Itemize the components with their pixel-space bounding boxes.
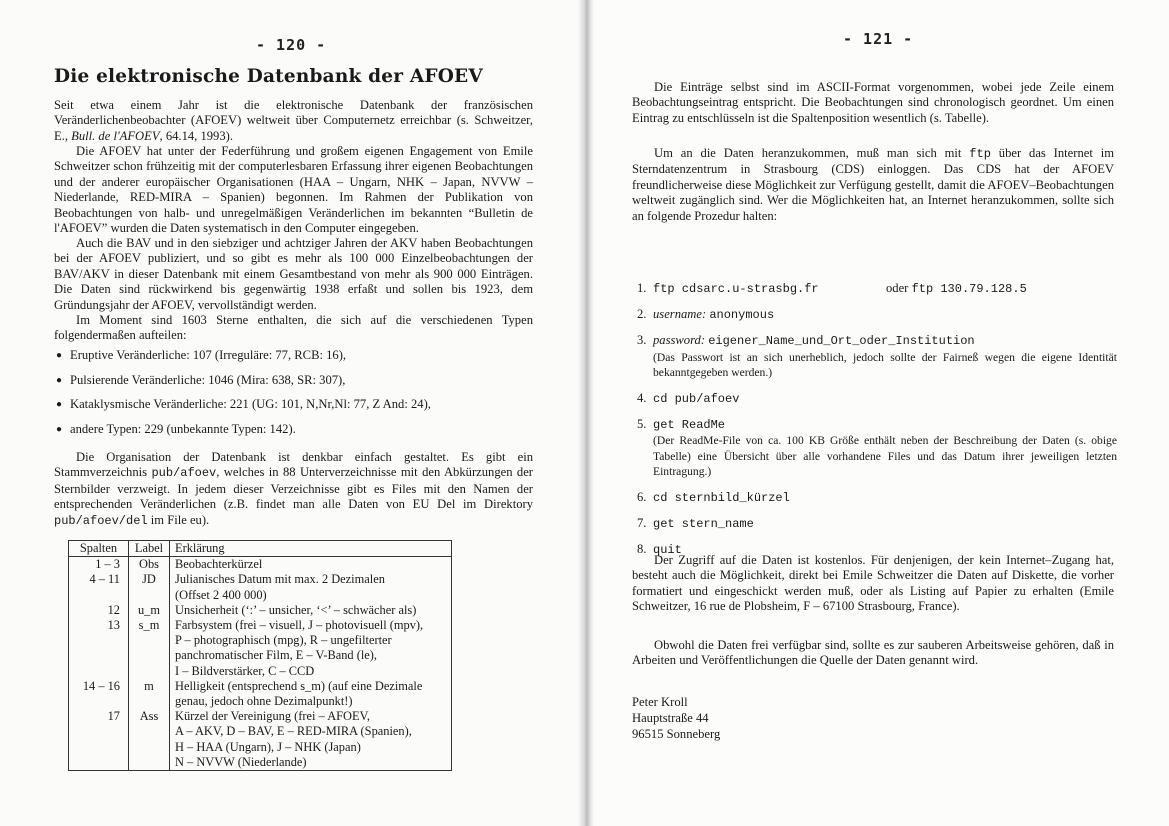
column-header: Spalten	[69, 541, 129, 557]
list-item-text: Pulsierende Veränderliche: 1046 (Mira: 6…	[70, 373, 345, 387]
step-number: 7.	[637, 516, 653, 531]
table-header-row: Spalten Label Erklärung	[69, 541, 452, 557]
cell-description: Unsicherheit (‘:’ – unsicher, ‘<’ – schw…	[170, 603, 452, 618]
cell-label: Ass	[129, 709, 170, 770]
command-text: anonymous	[709, 308, 774, 322]
cell-label: JD	[129, 572, 170, 602]
cell-columns: 17	[69, 709, 129, 770]
page-number-left: - 120 -	[256, 36, 326, 54]
list-item: ●Kataklysmische Veränderliche: 221 (UG: …	[56, 397, 431, 422]
step-note: (Das Passwort ist an sich unerheblich, j…	[653, 350, 1117, 381]
command-text: get stern_name	[653, 517, 754, 531]
author-address: Peter Kroll Hauptstraße 44 96515 Sonnebe…	[632, 694, 720, 742]
ftp-procedure-list: 1.ftp cdsarc.u-strasbg.froder ftp 130.79…	[637, 281, 1117, 559]
cell-description: Julianisches Datum mit max. 2 Dezimalen …	[170, 572, 452, 602]
command-text: cd pub/afoev	[653, 392, 739, 406]
description-line: I – Bildverstärker, C – CCD	[175, 664, 446, 679]
list-item-text: Eruptive Veränderliche: 107 (Irreguläre:…	[70, 348, 346, 362]
paragraph-organisation: Die Organisation der Datenbank ist denkb…	[54, 450, 533, 529]
bullet-icon: ●	[56, 373, 70, 388]
step-number: 4.	[637, 391, 653, 406]
paragraph-history: Die AFOEV hat unter der Federführung und…	[54, 144, 533, 236]
procedure-step: 4.cd pub/afoev	[637, 391, 1117, 407]
text: Die AFOEV hat unter der Federführung und…	[54, 144, 533, 235]
author-city: 96515 Sonneberg	[632, 726, 720, 742]
description-line: Kürzel der Vereinigung (frei – AFOEV,	[175, 709, 446, 724]
table-row: 1 – 3 Obs Beobachterkürzel	[69, 557, 452, 573]
command-text: get ReadMe	[653, 418, 725, 432]
column-header: Erklärung	[170, 541, 452, 557]
cell-columns: 14 – 16	[69, 679, 129, 709]
table-row: 17 Ass Kürzel der Vereinigung (frei – AF…	[69, 709, 452, 770]
list-item: ●Eruptive Veränderliche: 107 (Irreguläre…	[56, 348, 431, 373]
text: Obwohl die Daten frei verfügbar sind, so…	[632, 638, 1114, 667]
cell-columns: 13	[69, 618, 129, 679]
description-line: P – photographisch (mpg), R – ungefilter…	[175, 633, 446, 648]
ftp-command: ftp	[969, 147, 991, 161]
procedure-step: 6.cd sternbild_kürzel	[637, 490, 1117, 506]
column-header: Label	[129, 541, 170, 557]
step-number: 2.	[637, 307, 653, 322]
list-item-text: Kataklysmische Veränderliche: 221 (UG: 1…	[70, 397, 431, 411]
paragraph-cost: Der Zugriff auf die Daten ist kostenlos.…	[632, 553, 1114, 615]
text: Um an die Daten heranzukommen, muß man s…	[654, 146, 969, 160]
step-note: (Der ReadMe-File von ca. 100 KB Größe en…	[653, 433, 1117, 480]
paragraph-citation: Obwohl die Daten frei verfügbar sind, so…	[632, 638, 1114, 669]
step-number: 5.	[637, 417, 653, 432]
variable-type-list: ●Eruptive Veränderliche: 107 (Irreguläre…	[56, 348, 431, 446]
cell-label: u_m	[129, 603, 170, 618]
paragraph-intro: Seit etwa einem Jahr ist die elektronisc…	[54, 98, 533, 144]
list-item: ●Pulsierende Veränderliche: 1046 (Mira: …	[56, 373, 431, 398]
author-name: Peter Kroll	[632, 694, 720, 710]
description-line: H – HAA (Ungarn), J – NHK (Japan)	[175, 740, 446, 755]
bullet-icon: ●	[56, 348, 70, 363]
text: Die Einträge selbst sind im ASCII-Format…	[632, 80, 1114, 125]
article-title: Die elektronische Datenbank der AFOEV	[54, 66, 483, 87]
text: Im Moment sind 1603 Sterne enthalten, di…	[54, 313, 533, 342]
procedure-step: 5.get ReadMe (Der ReadMe-File von ca. 10…	[637, 417, 1117, 480]
field-label: username:	[653, 307, 706, 321]
procedure-step: 1.ftp cdsarc.u-strasbg.froder ftp 130.79…	[637, 281, 1117, 297]
directory-path: pub/afoev	[151, 466, 216, 480]
author-street: Hauptstraße 44	[632, 710, 720, 726]
list-item-text: andere Typen: 229 (unbekannte Typen: 142…	[70, 422, 296, 436]
description-line: N – NVVW (Niederlande)	[175, 755, 446, 770]
command-text: eigener_Name_und_Ort_oder_Institution	[708, 334, 974, 348]
paragraph-ascii-format: Die Einträge selbst sind im ASCII-Format…	[632, 80, 1114, 126]
step-number: 3.	[637, 333, 653, 348]
step-number: 1.	[637, 281, 653, 296]
cell-columns: 1 – 3	[69, 557, 129, 573]
cell-label: m	[129, 679, 170, 709]
paragraph-access: Um an die Daten heranzukommen, muß man s…	[632, 146, 1114, 224]
list-item: ●andere Typen: 229 (unbekannte Typen: 14…	[56, 422, 431, 447]
text: , 64.14, 1993).	[160, 129, 233, 143]
cell-description: Farbsystem (frei – visuell, J – photovis…	[170, 618, 452, 679]
step-number: 6.	[637, 490, 653, 505]
cell-description: Kürzel der Vereinigung (frei – AFOEV, A …	[170, 709, 452, 770]
cell-columns: 12	[69, 603, 129, 618]
procedure-step: 2.username: anonymous	[637, 307, 1117, 323]
description-line: Farbsystem (frei – visuell, J – photovis…	[175, 618, 446, 633]
bullet-icon: ●	[56, 422, 70, 437]
text: im File eu).	[148, 513, 210, 527]
text: Auch die BAV und in den siebziger und ac…	[54, 236, 533, 312]
description-line: Beobachterkürzel	[175, 557, 446, 572]
description-line: Julianisches Datum mit max. 2 Dezimalen	[175, 572, 446, 587]
procedure-step: 3.password: eigener_Name_und_Ort_oder_In…	[637, 333, 1117, 380]
cell-description: Beobachterkürzel	[170, 557, 452, 573]
column-format-table: Spalten Label Erklärung 1 – 3 Obs Beobac…	[68, 540, 452, 771]
description-line: Unsicherheit (‘:’ – unsicher, ‘<’ – schw…	[175, 603, 446, 618]
page-number-right: - 121 -	[843, 30, 913, 48]
command-text: ftp 130.79.128.5	[912, 282, 1027, 296]
table-row: 12 u_m Unsicherheit (‘:’ – unsicher, ‘<’…	[69, 603, 452, 618]
text: Der Zugriff auf die Daten ist kostenlos.…	[632, 553, 1114, 613]
description-line: panchromatischer Film, E – V-Band (le),	[175, 648, 446, 663]
field-label: password:	[653, 333, 705, 347]
paragraph-stars: Im Moment sind 1603 Sterne enthalten, di…	[54, 313, 533, 344]
procedure-step: 7.get stern_name	[637, 516, 1117, 532]
cell-label: Obs	[129, 557, 170, 573]
paragraph-bav: Auch die BAV und in den siebziger und ac…	[54, 236, 533, 313]
table-row: 4 – 11 JD Julianisches Datum mit max. 2 …	[69, 572, 452, 602]
description-line: Helligkeit (entsprechend s_m) (auf eine …	[175, 679, 446, 694]
cell-label: s_m	[129, 618, 170, 679]
cell-description: Helligkeit (entsprechend s_m) (auf eine …	[170, 679, 452, 709]
description-line: genau, jedoch ohne Dezimalpunkt!)	[175, 694, 446, 709]
table-row: 14 – 16 m Helligkeit (entsprechend s_m) …	[69, 679, 452, 709]
description-line: A – AKV, D – BAV, E – RED-MIRA (Spanien)…	[175, 724, 446, 739]
cell-columns: 4 – 11	[69, 572, 129, 602]
description-line: (Offset 2 400 000)	[175, 588, 446, 603]
table-row: 13 s_m Farbsystem (frei – visuell, J – p…	[69, 618, 452, 679]
book-gutter	[578, 0, 594, 826]
command-text: cd sternbild_kürzel	[653, 491, 790, 505]
directory-path: pub/afoev/del	[54, 514, 148, 528]
text: oder	[886, 281, 908, 295]
command-text: ftp cdsarc.u-strasbg.fr	[653, 282, 886, 297]
bullet-icon: ●	[56, 397, 70, 412]
citation-italic: Bull. de l'AFOEV	[71, 129, 159, 143]
left-page: - 120 - Die elektronische Datenbank der …	[0, 0, 585, 826]
